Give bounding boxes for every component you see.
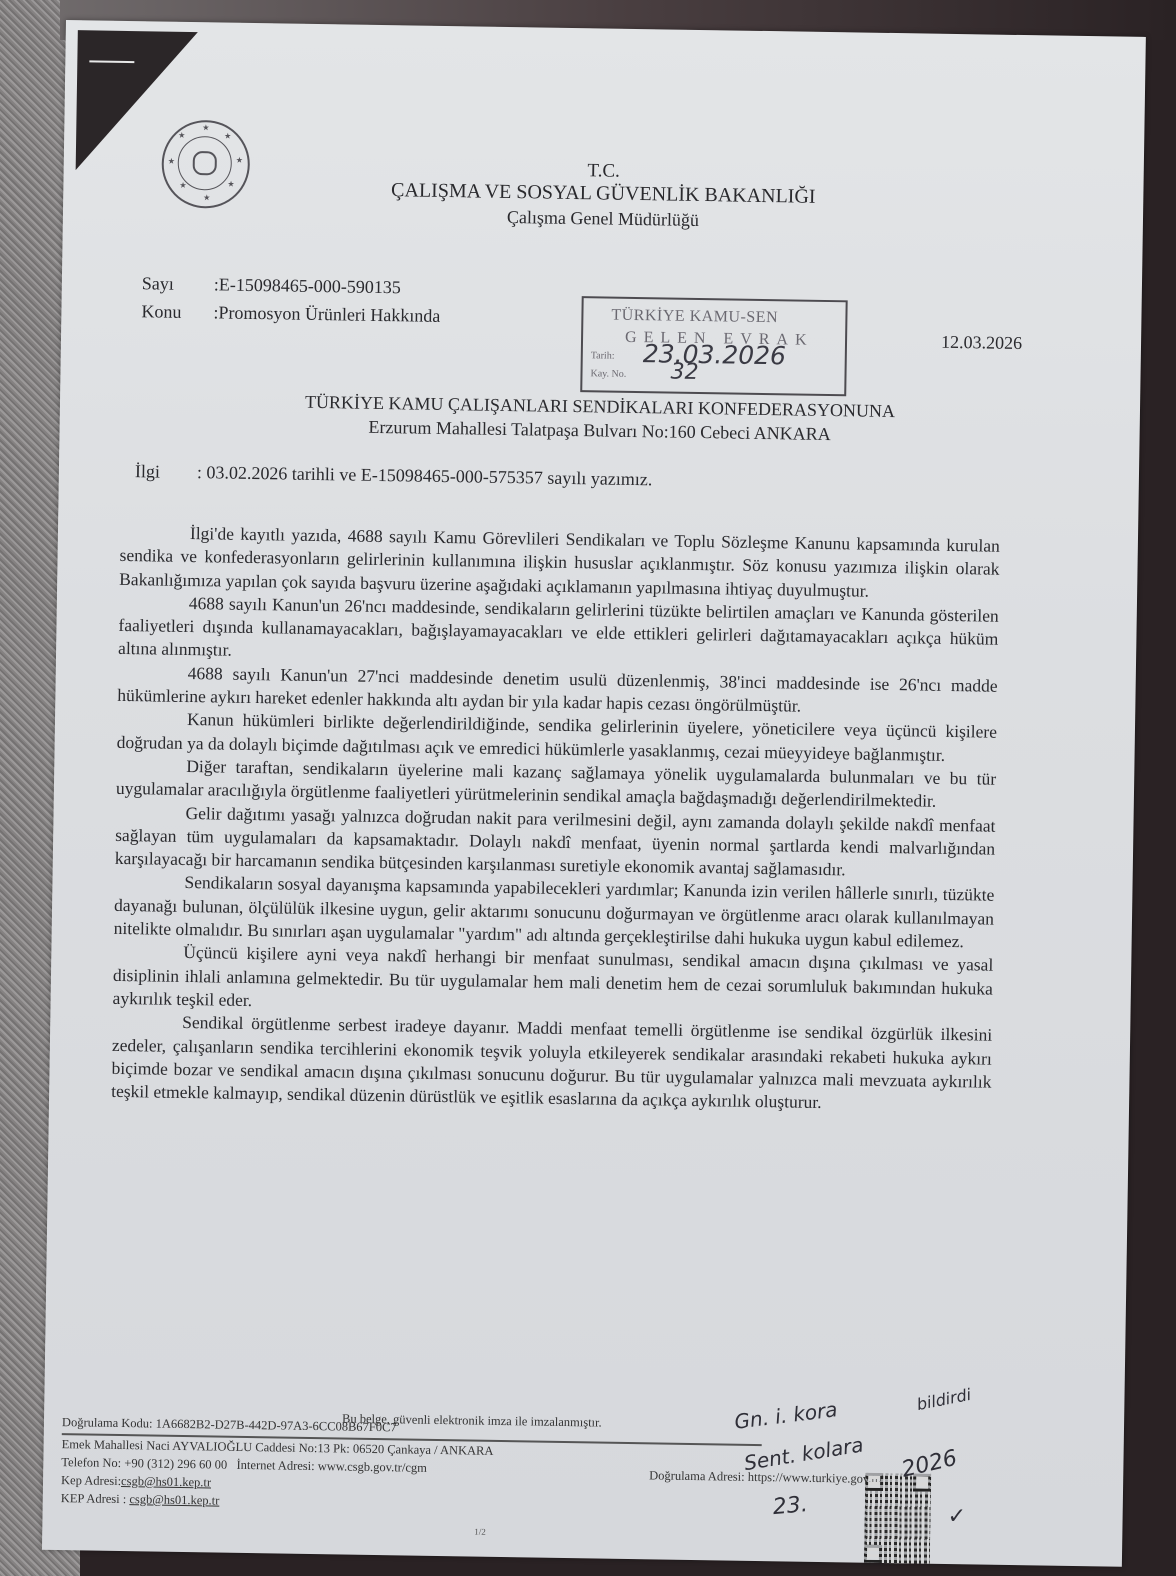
handwritten-initials: ✓ xyxy=(947,1504,966,1529)
letter-date: 12.03.2026 xyxy=(941,332,1022,354)
received-document-stamp: TÜRKİYE KAMU-SEN GELEN EVRAK Tarih: Kay.… xyxy=(580,296,847,396)
ilgi-value: : 03.02.2026 tarihli ve E-15098465-000-5… xyxy=(197,462,653,489)
stamp-date-handwritten: 23.03.2026 xyxy=(643,339,787,370)
handwritten-day: 23. xyxy=(772,1492,809,1520)
konu-value: :Promosyon Ürünleri Hakkında xyxy=(213,302,440,326)
stamp-record-label: Kay. No. xyxy=(590,368,626,380)
kep-address-link[interactable]: csgb@hs01.kep.tr xyxy=(121,1474,211,1489)
handwritten-note-line2: bildirdi xyxy=(915,1385,972,1414)
konu-row: Konu:Promosyon Ürünleri Hakkında xyxy=(141,301,440,327)
kep-address-link-2[interactable]: csgb@hs01.kep.tr xyxy=(129,1492,219,1507)
footer-phone: Telefon No: +90 (312) 296 60 00 xyxy=(61,1455,227,1472)
ilgi-label: İlgi xyxy=(135,461,197,483)
stamp-org: TÜRKİYE KAMU-SEN xyxy=(611,307,778,328)
paragraph: Sendikal örgütlenme serbest iradeye daya… xyxy=(111,1010,992,1117)
letter-body: İlgi'de kayıtlı yazıda, 4688 sayılı Kamu… xyxy=(111,521,1000,1117)
official-letter-page: ★ ★ ★ ★ ★ ★ ★ ★ T.C. ÇALIŞMA VE SOSYAL G… xyxy=(42,20,1146,1567)
kep-label-2: KEP Adresi : xyxy=(61,1491,130,1506)
footer-website[interactable]: İnternet Adresi: www.csgb.gov.tr/cgm xyxy=(236,1458,427,1475)
kep-label: Kep Adresi: xyxy=(61,1473,121,1488)
sayi-row: Sayı:E-15098465-000-590135 xyxy=(142,273,401,298)
konu-label: Konu xyxy=(141,301,213,323)
sayi-label: Sayı xyxy=(142,273,214,295)
qr-code-icon xyxy=(864,1473,931,1564)
stamp-record-handwritten: 32 xyxy=(670,360,698,385)
ilgi-row: İlgi: 03.02.2026 tarihli ve E-15098465-0… xyxy=(135,461,653,490)
page-number: 1/2 xyxy=(474,1527,486,1537)
stamp-date-label: Tarih: xyxy=(591,350,615,361)
sayi-value: :E-15098465-000-590135 xyxy=(214,274,401,297)
